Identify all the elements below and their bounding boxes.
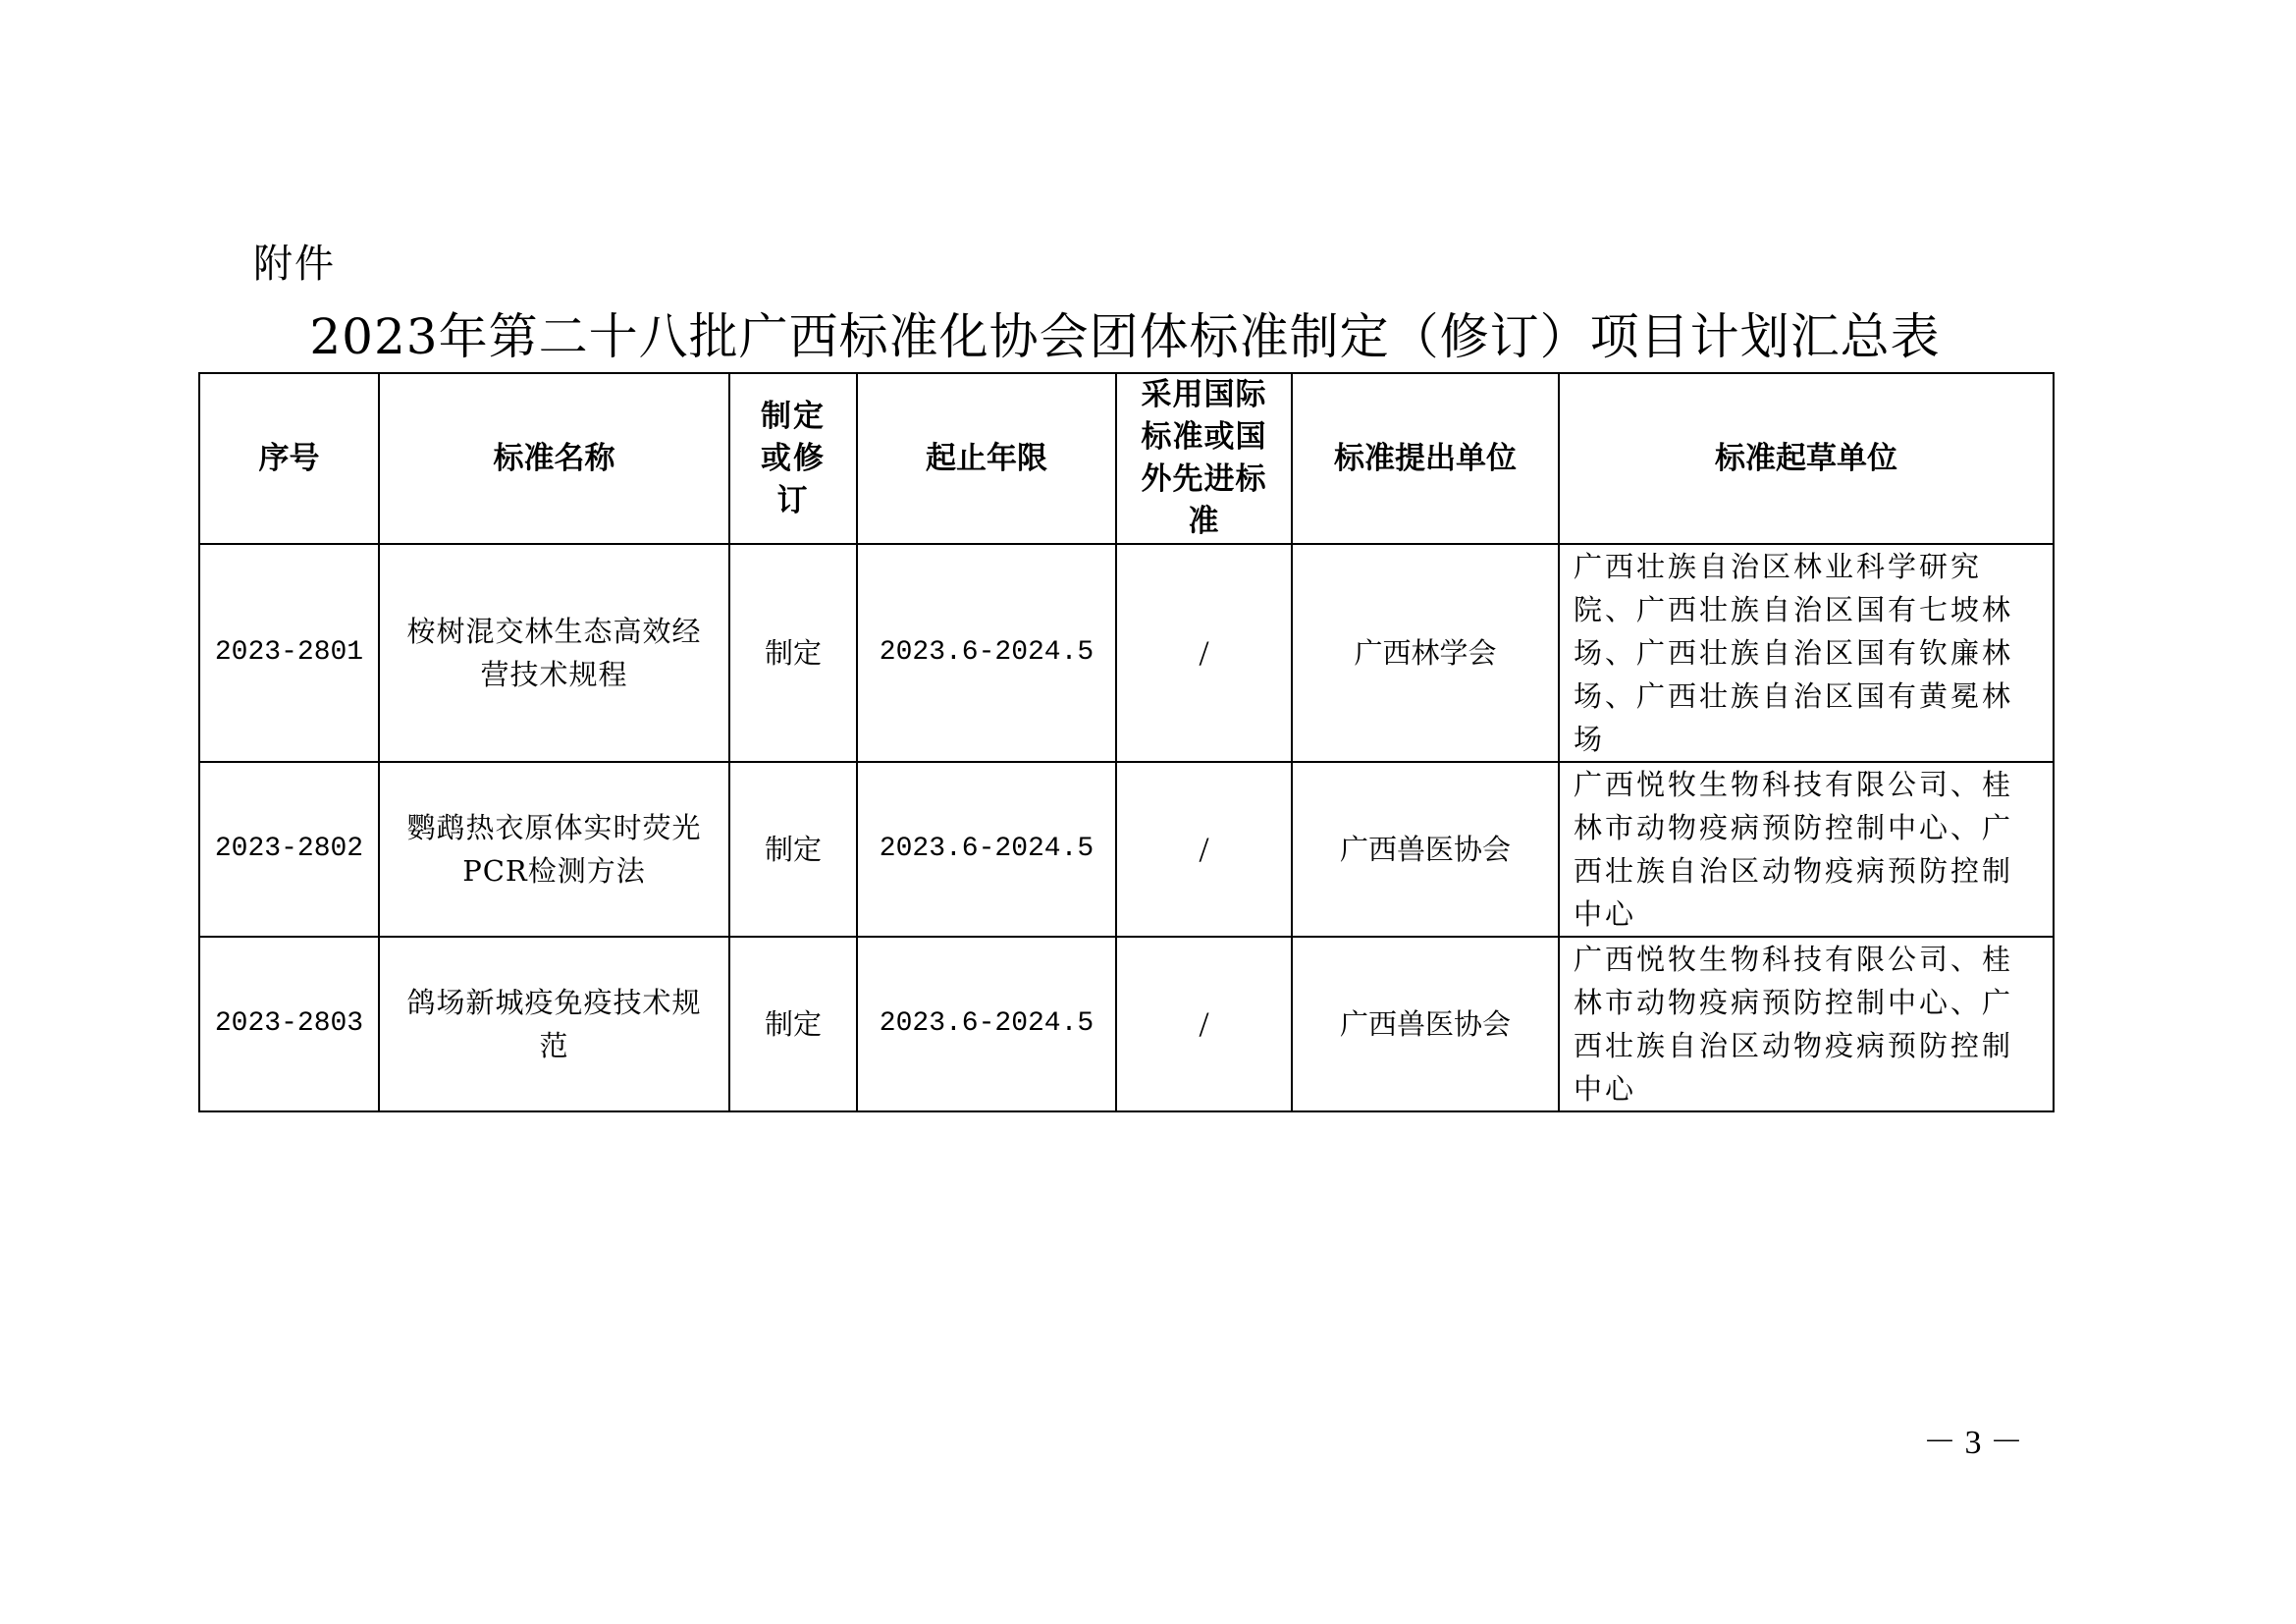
table-row: 2023-2803 鸽场新城疫免疫技术规范 制定 2023.6-2024.5 /… bbox=[199, 937, 2054, 1111]
cell-period: 2023.6-2024.5 bbox=[857, 544, 1116, 762]
cell-drafters: 广西悦牧生物科技有限公司、桂林市动物疫病预防控制中心、广西壮族自治区动物疫病预防… bbox=[1559, 762, 2054, 937]
table-row: 2023-2801 桉树混交林生态高效经营技术规程 制定 2023.6-2024… bbox=[199, 544, 2054, 762]
cell-period: 2023.6-2024.5 bbox=[857, 937, 1116, 1111]
cell-proposer: 广西林学会 bbox=[1292, 544, 1559, 762]
header-drafters: 标准起草单位 bbox=[1559, 373, 2054, 544]
header-adopted-standard: 采用国际标准或国外先进标准 bbox=[1116, 373, 1292, 544]
cell-serial: 2023-2803 bbox=[199, 937, 379, 1111]
cell-serial: 2023-2801 bbox=[199, 544, 379, 762]
cell-standard-name: 鹦鹉热衣原体实时荧光PCR检测方法 bbox=[379, 762, 729, 937]
cell-adopted-standard: / bbox=[1116, 762, 1292, 937]
header-serial: 序号 bbox=[199, 373, 379, 544]
cell-type: 制定 bbox=[729, 937, 857, 1111]
attachment-label: 附件 bbox=[253, 241, 336, 288]
document-title: 2023年第二十八批广西标准化协会团体标准制定（修订）项目计划汇总表 bbox=[198, 306, 2052, 367]
cell-adopted-standard: / bbox=[1116, 544, 1292, 762]
header-standard-name: 标准名称 bbox=[379, 373, 729, 544]
cell-proposer: 广西兽医协会 bbox=[1292, 762, 1559, 937]
cell-drafters: 广西悦牧生物科技有限公司、桂林市动物疫病预防控制中心、广西壮族自治区动物疫病预防… bbox=[1559, 937, 2054, 1111]
cell-period: 2023.6-2024.5 bbox=[857, 762, 1116, 937]
table-header-row: 序号 标准名称 制定或修订 起止年限 采用国际标准或国外先进标准 标准提出单位 … bbox=[199, 373, 2054, 544]
page-number: － 3 － bbox=[1914, 1424, 2032, 1463]
cell-serial: 2023-2802 bbox=[199, 762, 379, 937]
cell-drafters: 广西壮族自治区林业科学研究院、广西壮族自治区国有七坡林场、广西壮族自治区国有钦廉… bbox=[1559, 544, 2054, 762]
header-proposer: 标准提出单位 bbox=[1292, 373, 1559, 544]
header-type: 制定或修订 bbox=[729, 373, 857, 544]
header-period: 起止年限 bbox=[857, 373, 1116, 544]
project-plan-table: 序号 标准名称 制定或修订 起止年限 采用国际标准或国外先进标准 标准提出单位 … bbox=[198, 372, 2055, 1112]
cell-type: 制定 bbox=[729, 762, 857, 937]
cell-standard-name: 鸽场新城疫免疫技术规范 bbox=[379, 937, 729, 1111]
cell-standard-name: 桉树混交林生态高效经营技术规程 bbox=[379, 544, 729, 762]
cell-proposer: 广西兽医协会 bbox=[1292, 937, 1559, 1111]
table-row: 2023-2802 鹦鹉热衣原体实时荧光PCR检测方法 制定 2023.6-20… bbox=[199, 762, 2054, 937]
cell-adopted-standard: / bbox=[1116, 937, 1292, 1111]
cell-type: 制定 bbox=[729, 544, 857, 762]
